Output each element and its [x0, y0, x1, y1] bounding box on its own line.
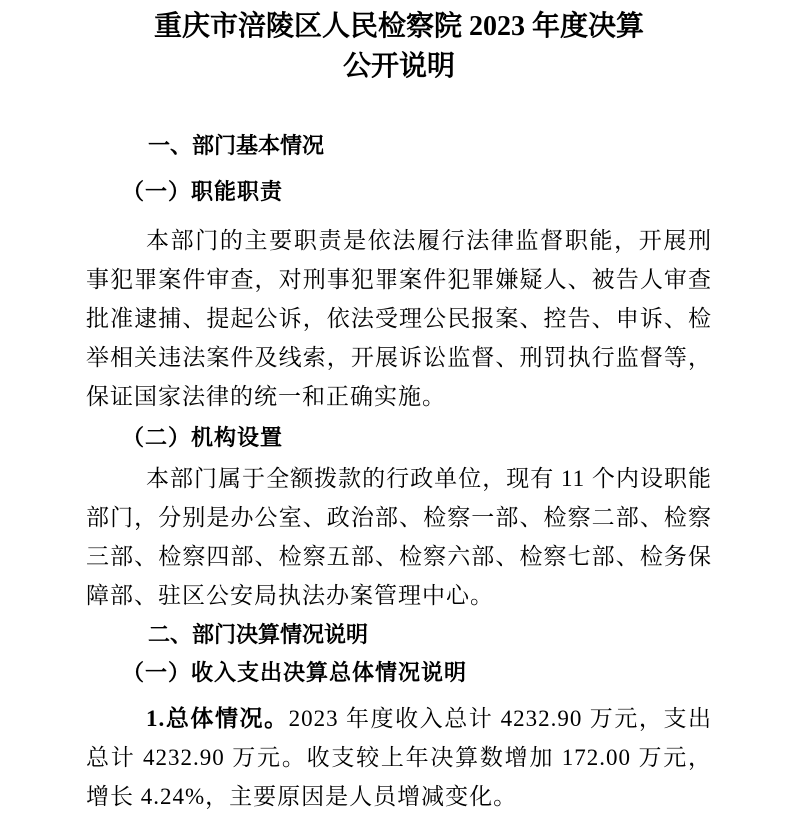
subsection-heading-2-1: （一）收入支出决算总体情况说明: [86, 653, 712, 692]
paragraph-overall-situation: 1.总体情况。2023 年度收入总计 4232.90 万元，支出总计 4232.…: [86, 699, 712, 813]
document-title-line1: 重庆市涪陵区人民检察院 2023 年度决算: [154, 11, 644, 42]
subsection-heading-1-1: （一）职能职责: [86, 172, 712, 211]
document-title: 重庆市涪陵区人民检察院 2023 年度决算 公开说明: [86, 7, 712, 87]
section-heading-2: 二、部门决算情况说明: [86, 617, 712, 653]
paragraph-duties: 本部门的主要职责是依法履行法律监督职能，开展刑事犯罪案件审查，对刑事犯罪案件犯罪…: [86, 221, 712, 416]
document-content: 重庆市涪陵区人民检察院 2023 年度决算 公开说明 一、部门基本情况 （一）职…: [0, 0, 800, 813]
subsection-heading-1-2: （二）机构设置: [86, 418, 712, 457]
document-page: 重庆市涪陵区人民检察院 2023 年度决算 公开说明 一、部门基本情况 （一）职…: [0, 0, 800, 813]
paragraph-bold-lead: 1.总体情况。: [146, 706, 289, 731]
section-heading-1: 一、部门基本情况: [86, 128, 712, 164]
document-title-line2: 公开说明: [343, 51, 455, 82]
paragraph-organization: 本部门属于全额拨款的行政单位，现有 11 个内设职能部门，分别是办公室、政治部、…: [86, 459, 712, 615]
